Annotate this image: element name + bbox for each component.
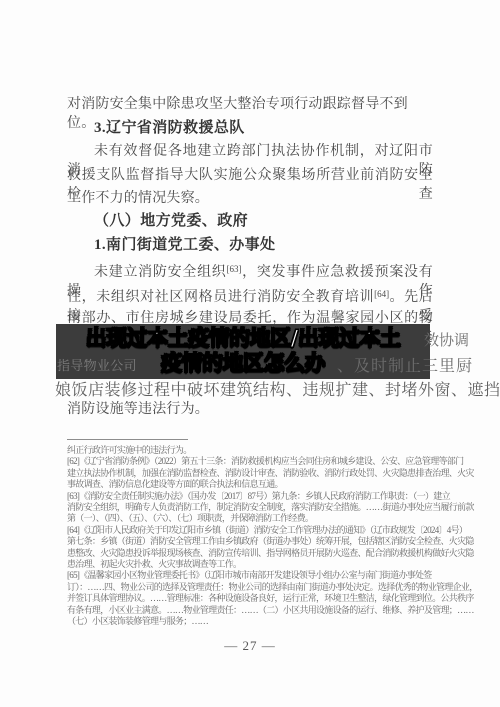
obscured-text-line3: 娘饭店装修过程中破坏建筑结构、违规扩建、封堵外窗、遮挡 (55, 377, 500, 400)
footnote-line: 订）：……四、物业公司的选择及管理责任：物业公司的选择由南门街道办事处决定。选择… (67, 582, 447, 593)
footnote-line: [63]《消防安全责任制实施办法》（国办发〔2017〕87号）第九条：乡镇人民政… (67, 491, 447, 502)
obscured-fragment-line1: 效协调 (424, 329, 469, 350)
page-number: — 27 — (0, 638, 500, 654)
footnote-line: [62]《辽宁省消防条例》（2022）第五十三条：消防救援机构应当会同住房和城乡… (67, 456, 447, 467)
footnote-line: 消防安全组织，明确专人负责消防工作，制定消防安全制度，落实消防安全措施。……街道… (67, 502, 447, 513)
footnote-separator (67, 439, 188, 440)
footnote-line: 患治理、初起火灾扑救、火灾事故调查等工作。 (67, 559, 447, 570)
footnote-line: 纠正行政许可实施中的违法行为。 (67, 445, 447, 456)
footnote-line: 有条有理，小区业主满意。……物业管理责任：……（二）小区共用设施设备的运行、维修… (67, 605, 447, 616)
footnotes-block: 纠正行政许可实施中的违法行为。[62]《辽宁省消防条例》（2022）第五十三条：… (67, 445, 447, 628)
footnote-line: 并签订具体管理协议。……管理标准：各种设施设备良好，运行正常，环境卫生整洁，绿化… (67, 593, 447, 604)
overlay-title: 出现过本土疫情的地区/出现过本土 疫情的地区怎么办 (56, 326, 430, 376)
body-line: 工作不力的情况失察。 (67, 189, 433, 208)
footnote-line: 第（一）、（四）、（五）、（六）、（七）项职责，并保障消防工作经费。 (67, 513, 447, 524)
footnote-line: [64]《辽阳市人民政府关于印发辽阳市乡镇（街道）消防安全工作管理办法的通知》（… (67, 525, 447, 536)
body-heading: 1.南门街道党工委、办事处 (67, 236, 460, 255)
document-page: 对消防安全集中除患攻坚大整治专项行动跟踪督导不到位。3.辽宁省消防救援总队未有效… (0, 0, 500, 707)
footnote-line: 建立执法协作机制，加强在消防监督检查、消防设计审查、消防验收、消防行政处罚、火灾… (67, 468, 447, 479)
footnote-line: 患整改、火灾隐患投诉举报现场核查、消防宣传培训、指导网格员开展防火巡查、配合消防… (67, 548, 447, 559)
body-line: 消防设施等违法行为。 (67, 400, 433, 419)
footnote-line: [65]《温馨家园小区物业管理委托书》（辽阳市城市南部开发建设领导小组办公室与南… (67, 570, 447, 581)
overlay-title-line2: 疫情的地区怎么办 (56, 351, 430, 376)
overlay-title-line1: 出现过本土疫情的地区/出现过本土 (56, 326, 430, 351)
body-heading: （八）地方党委、政府 (67, 212, 460, 231)
body-heading: 3.辽宁省消防救援总队 (67, 119, 460, 138)
footnote-line: 第七条：乡镇（街道）消防安全管理工作由乡镇政府（街道办事处）统筹开展，包括辖区消… (67, 536, 447, 547)
footnote-line: 事故调查、消防信息化建设等方面的联合执法和信息互通。 (67, 479, 447, 490)
footnote-line: （七）小区装饰装修管理与服务；…… (67, 616, 447, 627)
